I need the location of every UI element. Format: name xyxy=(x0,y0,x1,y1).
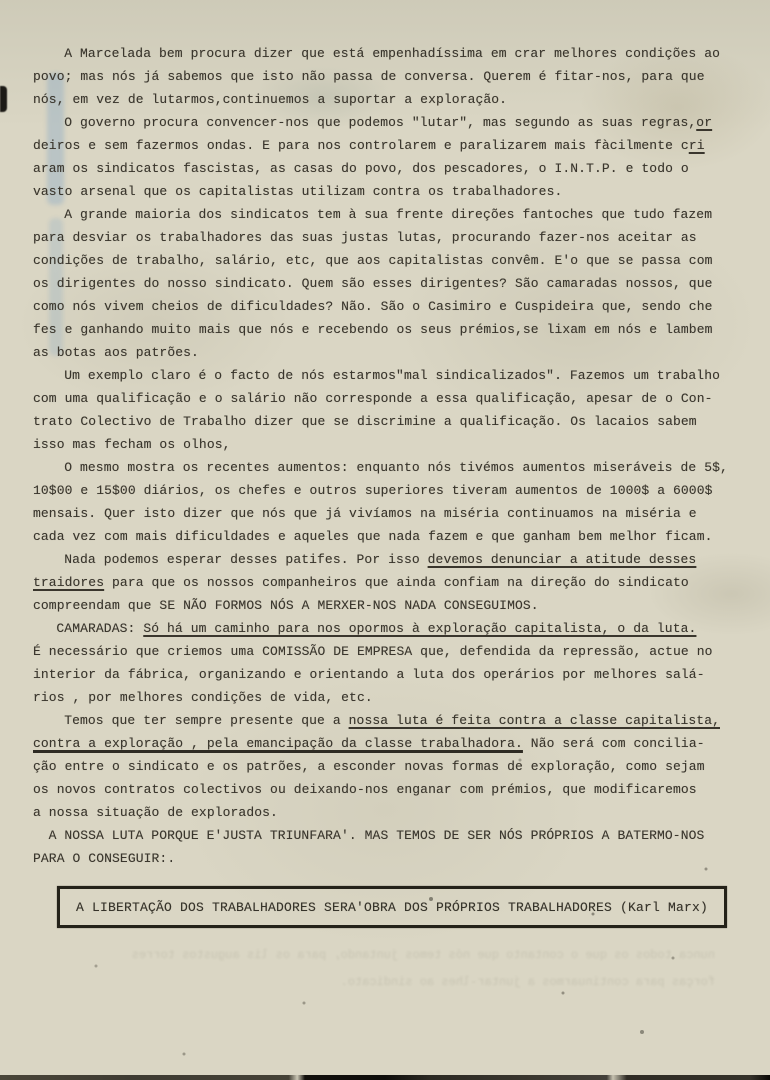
text-line: aram os sindicatos fascistas, as casas d… xyxy=(33,157,739,180)
text-line: os novos contratos colectivos ou deixand… xyxy=(33,778,739,801)
text-segment: Nada podemos esperar desses patifes. Por… xyxy=(64,552,427,567)
text-segment: os novos contratos colectivos ou deixand… xyxy=(33,782,697,797)
text-segment: rios , por melhores condições de vida, e… xyxy=(33,690,373,705)
text-segment: Temos que ter sempre presente que a xyxy=(64,713,348,728)
text-line: PARA O CONSEGUIR:. xyxy=(33,847,739,870)
text-line: contra a exploração , pela emancipação d… xyxy=(33,732,739,755)
left-edge-mark xyxy=(0,86,7,112)
text-line: as botas aos patrões. xyxy=(33,341,739,364)
text-line: Um exemplo claro é o facto de nós estarm… xyxy=(33,364,739,387)
text-segment: traidores xyxy=(33,575,104,590)
text-segment: Só há um caminho para nos opormos à expl… xyxy=(143,621,696,636)
text-line: trato Colectivo de Trabalho dizer que se… xyxy=(33,410,739,433)
text-segment: A grande maioria dos sindicatos tem à su… xyxy=(64,207,712,222)
text-segment: como nós vivem cheios de dificuldades? N… xyxy=(33,299,713,314)
text-segment: aram os sindicatos fascistas, as casas d… xyxy=(33,161,689,176)
text-line: O mesmo mostra os recentes aumentos: enq… xyxy=(33,456,739,479)
text-segment: compreendam que SE NÃO FORMOS NÓS A MERX… xyxy=(33,598,539,613)
text-line: A NOSSA LUTA PORQUE E'JUSTA TRIUNFARA'. … xyxy=(33,824,739,847)
text-segment: vasto arsenal que os capitalistas utiliz… xyxy=(33,184,562,199)
text-segment: os dirigentes do nosso sindicato. Quem s… xyxy=(33,276,713,291)
dust-specks xyxy=(0,0,2,2)
text-line: nós, em vez de lutarmos,continuemos a su… xyxy=(33,88,739,111)
text-line: como nós vivem cheios de dificuldades? N… xyxy=(33,295,739,318)
document-text: A Marcelada bem procura dizer que está e… xyxy=(33,42,739,870)
text-segment: interior da fábrica, organizando e orien… xyxy=(33,667,705,682)
text-line: CAMARADAS: Só há um caminho para nos opo… xyxy=(33,617,739,640)
text-line: O governo procura convencer-nos que pode… xyxy=(33,111,739,134)
text-segment: O governo procura convencer-nos que pode… xyxy=(64,115,696,130)
text-line: condições de trabalho, salário, etc, que… xyxy=(33,249,739,272)
slogan-text: A LIBERTAÇÃO DOS TRABALHADORES SERA'OBRA… xyxy=(76,900,708,915)
text-line: Temos que ter sempre presente que a noss… xyxy=(33,709,739,732)
bleedthrough-line: forças para continuarmos a juntar-lhes a… xyxy=(55,969,715,996)
text-line: povo; mas nós já sabemos que isto não pa… xyxy=(33,65,739,88)
text-segment: devemos denunciar a atitude desses xyxy=(428,552,697,567)
text-line: A Marcelada bem procura dizer que está e… xyxy=(33,42,739,65)
text-segment: a nossa situação de explorados. xyxy=(33,805,278,820)
text-segment: para desviar os trabalhadores das suas j… xyxy=(33,230,697,245)
text-segment: É necessário que criemos uma COMISSÃO DE… xyxy=(33,644,713,659)
text-line: A grande maioria dos sindicatos tem à su… xyxy=(33,203,739,226)
text-segment: CAMARADAS: xyxy=(56,621,143,636)
slogan-box: A LIBERTAÇÃO DOS TRABALHADORES SERA'OBRA… xyxy=(57,886,727,928)
text-line: vasto arsenal que os capitalistas utiliz… xyxy=(33,180,739,203)
text-line: Nada podemos esperar desses patifes. Por… xyxy=(33,548,739,571)
text-line: os dirigentes do nosso sindicato. Quem s… xyxy=(33,272,739,295)
text-segment: ri xyxy=(689,138,705,153)
text-segment: fes e ganhando muito mais que nós e rece… xyxy=(33,322,713,337)
text-segment: isso mas fecham os olhos, xyxy=(33,437,231,452)
text-segment: 10$00 e 15$00 diários, os chefes e outro… xyxy=(33,483,713,498)
text-segment: cada vez com mais dificuldades e aqueles… xyxy=(33,529,713,544)
text-segment: nós, em vez de lutarmos,continuemos a su… xyxy=(33,92,507,107)
text-segment: para que os nossos companheiros que aind… xyxy=(104,575,689,590)
text-line: ção entre o sindicato e os patrões, a es… xyxy=(33,755,739,778)
text-line: É necessário que criemos uma COMISSÃO DE… xyxy=(33,640,739,663)
text-line: para desviar os trabalhadores das suas j… xyxy=(33,226,739,249)
bleedthrough-text: nunca todos os que o contanto que nós te… xyxy=(55,942,715,996)
text-line: 10$00 e 15$00 diários, os chefes e outro… xyxy=(33,479,739,502)
text-segment: povo; mas nós já sabemos que isto não pa… xyxy=(33,69,705,84)
text-segment: PARA O CONSEGUIR:. xyxy=(33,851,175,866)
text-segment: Um exemplo claro é o facto de nós estarm… xyxy=(64,368,720,383)
text-segment: deiros e sem fazermos ondas. E para nos … xyxy=(33,138,689,153)
text-segment: Não será com concilia- xyxy=(523,736,705,751)
text-segment: or xyxy=(696,115,712,130)
scan-edge-strip xyxy=(0,1075,770,1080)
text-line: fes e ganhando muito mais que nós e rece… xyxy=(33,318,739,341)
text-segment: O mesmo mostra os recentes aumentos: enq… xyxy=(64,460,728,475)
text-line: interior da fábrica, organizando e orien… xyxy=(33,663,739,686)
text-segment: A NOSSA LUTA PORQUE E'JUSTA TRIUNFARA'. … xyxy=(49,828,705,843)
text-line: mensais. Quer isto dizer que nós que já … xyxy=(33,502,739,525)
text-segment: A Marcelada bem procura dizer que está e… xyxy=(64,46,720,61)
text-segment: condições de trabalho, salário, etc, que… xyxy=(33,253,713,268)
text-segment: com uma qualificação e o salário não cor… xyxy=(33,391,713,406)
text-segment: contra a exploração , pela emancipação d… xyxy=(33,736,523,751)
scanned-page: A Marcelada bem procura dizer que está e… xyxy=(0,0,770,1080)
text-segment: ção entre o sindicato e os patrões, a es… xyxy=(33,759,705,774)
text-segment: as botas aos patrões. xyxy=(33,345,199,360)
text-line: traidores para que os nossos companheiro… xyxy=(33,571,739,594)
text-segment: nossa luta é feita contra a classe capit… xyxy=(349,713,720,728)
text-line: cada vez com mais dificuldades e aqueles… xyxy=(33,525,739,548)
text-segment: trato Colectivo de Trabalho dizer que se… xyxy=(33,414,697,429)
text-line: a nossa situação de explorados. xyxy=(33,801,739,824)
text-line: isso mas fecham os olhos, xyxy=(33,433,739,456)
text-line: deiros e sem fazermos ondas. E para nos … xyxy=(33,134,739,157)
bleedthrough-line: nunca todos os que o contanto que nós te… xyxy=(55,942,715,969)
text-line: com uma qualificação e o salário não cor… xyxy=(33,387,739,410)
text-segment: mensais. Quer isto dizer que nós que já … xyxy=(33,506,697,521)
text-line: rios , por melhores condições de vida, e… xyxy=(33,686,739,709)
text-line: compreendam que SE NÃO FORMOS NÓS A MERX… xyxy=(33,594,739,617)
